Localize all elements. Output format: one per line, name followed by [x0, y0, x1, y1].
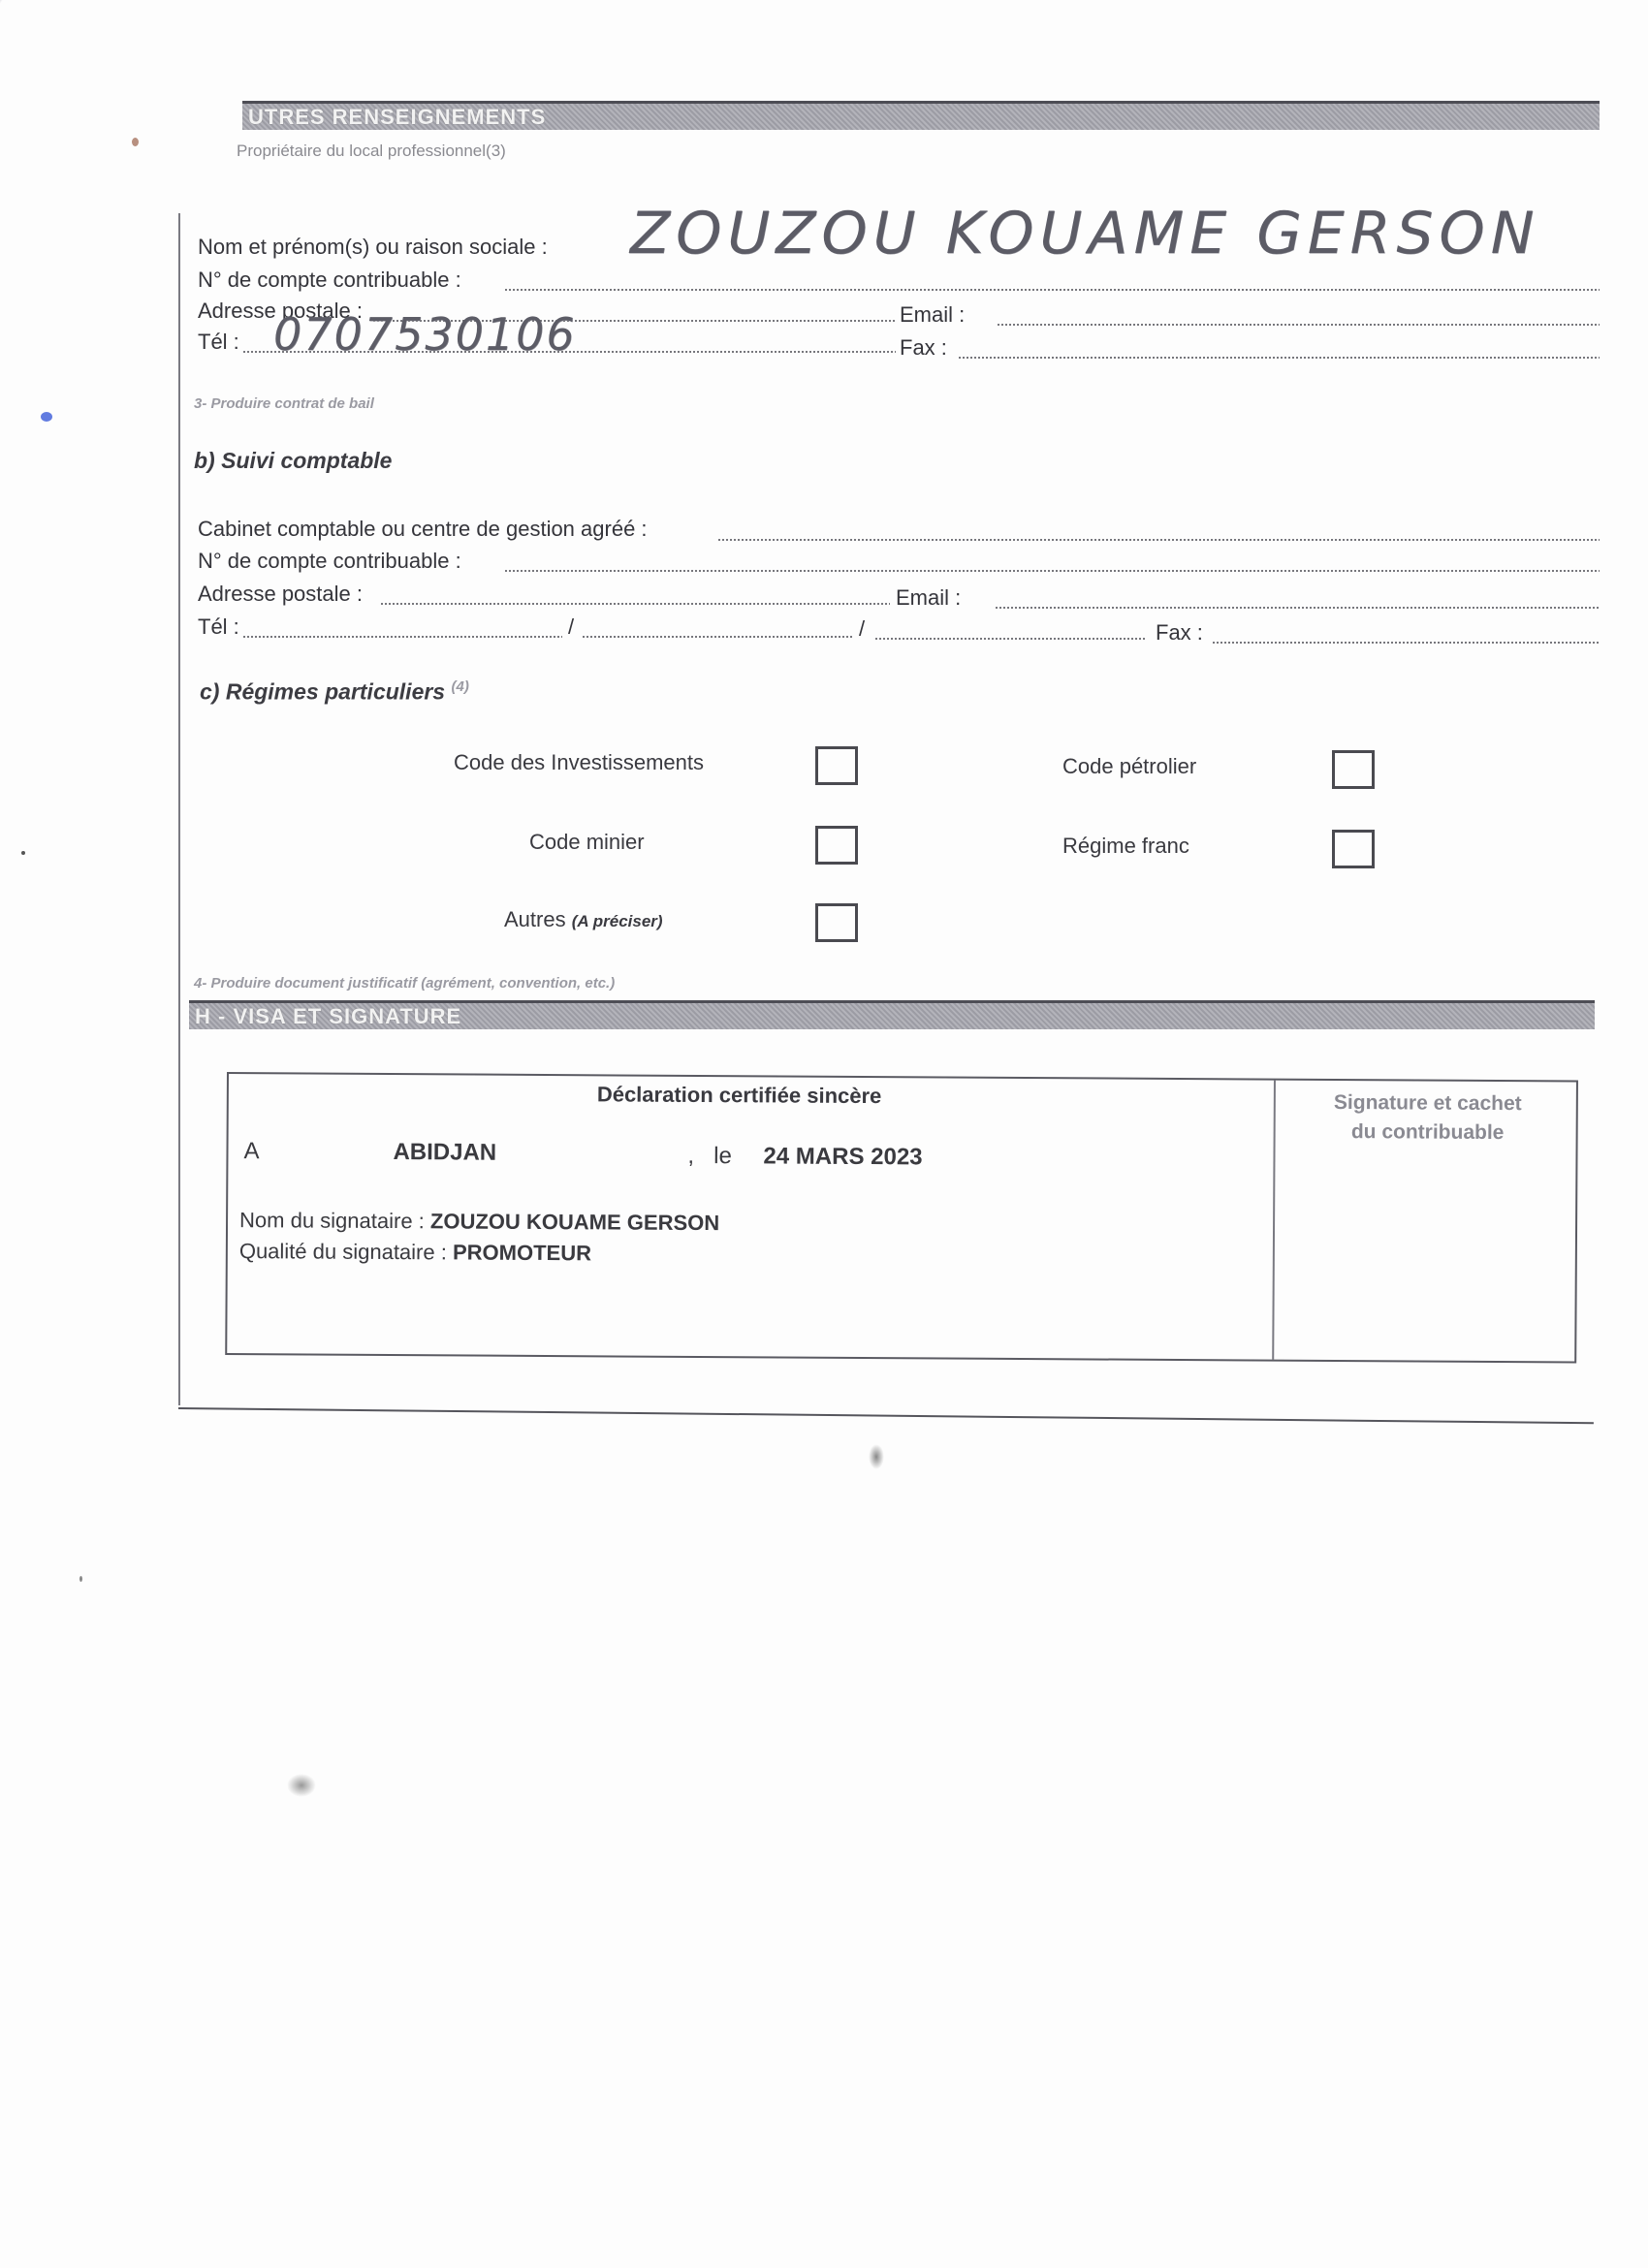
scan-smudge — [869, 1444, 884, 1469]
footnote-3: 3- Produire contrat de bail — [194, 395, 374, 412]
frame-left-line — [178, 213, 180, 1405]
accounting-heading: b) Suivi comptable — [194, 448, 392, 474]
regime-label-petrolier: Code pétrolier — [1062, 754, 1196, 779]
frame-bottom-line — [178, 1407, 1594, 1424]
tel-separator: / — [568, 614, 574, 640]
owner-fax-label: Fax : — [900, 335, 947, 361]
signer-name-value[interactable]: ZOUZOU KOUAME GERSON — [430, 1209, 719, 1235]
accounting-tel-field-2[interactable] — [582, 636, 853, 638]
scan-speck — [79, 1576, 82, 1582]
accounting-fax-field[interactable] — [1212, 642, 1600, 644]
signature-box-title-line2: du contribuable — [1278, 1118, 1578, 1149]
regime-checkbox-autres[interactable] — [815, 903, 858, 942]
section-g-title: UTRES RENSEIGNEMENTS — [248, 105, 546, 129]
declaration-table: Déclaration certifiée sincère A ABIDJAN … — [225, 1072, 1578, 1364]
signer-name-row: Nom du signataire : ZOUZOU KOUAME GERSON — [239, 1208, 719, 1236]
accounting-account-field[interactable] — [504, 570, 1600, 572]
regimes-footnote-ref: (4) — [452, 678, 469, 695]
scan-speck — [21, 851, 25, 855]
section-h-title: H - VISA ET SIGNATURE — [195, 1004, 461, 1028]
regime-label-autres-text: Autres — [504, 907, 566, 931]
signature-box-title-line1: Signature et cachet — [1278, 1088, 1578, 1119]
regime-checkbox-minier[interactable] — [815, 826, 858, 865]
regime-label-autres-note: (A préciser) — [572, 912, 663, 930]
date-prefix: , le — [687, 1143, 732, 1170]
signer-role-value[interactable]: PROMOTEUR — [453, 1240, 591, 1265]
section-h-header: H - VISA ET SIGNATURE — [189, 1000, 1595, 1029]
regime-label-franc: Régime franc — [1062, 834, 1189, 859]
owner-name-label: Nom et prénom(s) ou raison sociale : — [198, 235, 548, 260]
owner-tel-label: Tél : — [198, 330, 239, 355]
scan-smudge — [287, 1774, 316, 1797]
signer-role-row: Qualité du signataire : PROMOTEUR — [239, 1239, 591, 1266]
accounting-address-field[interactable] — [380, 603, 890, 605]
regime-label-investissements: Code des Investissements — [454, 750, 704, 775]
accounting-email-label: Email : — [896, 585, 961, 611]
regime-checkbox-franc[interactable] — [1332, 830, 1375, 868]
owner-email-label: Email : — [900, 302, 965, 328]
owner-account-field[interactable] — [504, 289, 1600, 291]
place-prefix: A — [243, 1138, 259, 1165]
footnote-4: 4- Produire document justificatif (agrém… — [194, 975, 615, 992]
signer-role-label: Qualité du signataire : — [239, 1239, 447, 1264]
regime-label-autres: Autres (A préciser) — [504, 907, 663, 932]
accounting-tel-field-3[interactable] — [874, 638, 1146, 640]
owner-fax-field[interactable] — [958, 357, 1600, 359]
paper-fold-artifact — [0, 0, 26, 208]
owner-subtitle: Propriétaire du local professionnel(3) — [237, 142, 506, 161]
signature-area[interactable] — [1276, 1149, 1577, 1362]
accounting-firm-field[interactable] — [717, 539, 1600, 541]
owner-email-field[interactable] — [997, 324, 1600, 326]
regimes-heading-text: c) Régimes particuliers — [200, 679, 445, 705]
signature-box-title: Signature et cachet du contribuable — [1278, 1088, 1578, 1149]
ink-speck — [41, 412, 52, 422]
accounting-fax-label: Fax : — [1156, 620, 1203, 646]
place-value[interactable]: ABIDJAN — [393, 1139, 496, 1167]
section-g-header: UTRES RENSEIGNEMENTS — [242, 101, 1600, 130]
tel-separator: / — [859, 616, 865, 642]
owner-tel-field[interactable]: 0707530106 — [273, 308, 577, 361]
accounting-account-label: N° de compte contribuable : — [198, 549, 461, 574]
regime-checkbox-investissements[interactable] — [815, 746, 858, 785]
date-value[interactable]: 24 MARS 2023 — [763, 1143, 922, 1171]
accounting-firm-label: Cabinet comptable ou centre de gestion a… — [198, 517, 648, 542]
regime-label-minier: Code minier — [529, 830, 645, 855]
accounting-email-field[interactable] — [995, 607, 1600, 609]
accounting-address-label: Adresse postale : — [198, 582, 363, 607]
signer-name-label: Nom du signataire : — [239, 1208, 425, 1233]
regimes-heading: c) Régimes particuliers (4) — [200, 678, 469, 706]
declaration-title: Déclaration certifiée sincère — [597, 1082, 882, 1109]
declaration-divider — [1272, 1081, 1276, 1360]
regime-checkbox-petrolier[interactable] — [1332, 750, 1375, 789]
owner-name-field[interactable]: ZOUZOU KOUAME GERSON — [630, 200, 1540, 268]
accounting-tel-label: Tél : — [198, 614, 239, 640]
accounting-tel-field-1[interactable] — [242, 636, 562, 638]
owner-account-label: N° de compte contribuable : — [198, 268, 461, 293]
scan-speck — [132, 138, 139, 146]
